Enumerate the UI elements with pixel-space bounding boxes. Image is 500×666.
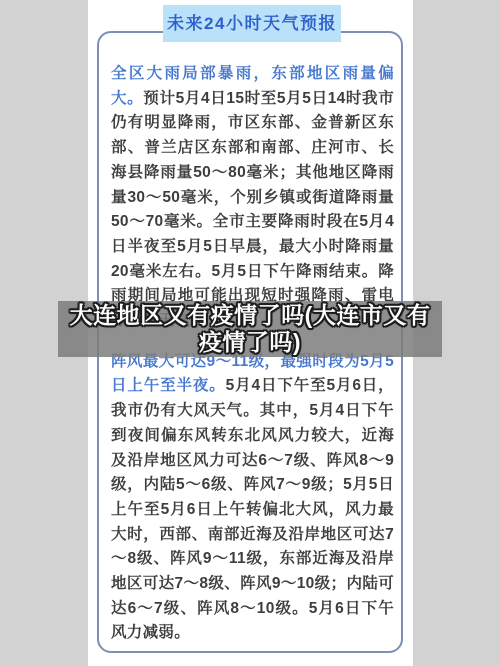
forecast-header-banner: 未来24小时天气预报 (163, 5, 341, 42)
rain-forecast-paragraph: 全区大雨局部暴雨，东部地区雨量偏大。预计5月4日15时至5月5日14时我市仍有明… (111, 62, 394, 334)
article-title-overlay-band: 大连地区又有疫情了吗(大连市又有疫情了吗) (58, 301, 442, 357)
wind-forecast-body: 5月4日下午至5月6日，我市仍有大风天气。其中，5月4日下午到夜间偏东风转东北风… (111, 377, 394, 641)
page-background: 未来24小时天气预报 全区大雨局部暴雨，东部地区雨量偏大。预计5月4日15时至5… (0, 0, 500, 666)
wind-forecast-paragraph: 阵风最大可达9～11级，最强时段为5月5日上午至半夜。5月4日下午至5月6日，我… (111, 350, 394, 646)
article-title: 大连地区又有疫情了吗(大连市又有疫情了吗) (58, 302, 442, 357)
rain-forecast-body: 预计5月4日15时至5月5日14时我市仍有明显降雨，市区东部、金普新区东部、普兰… (111, 90, 394, 329)
